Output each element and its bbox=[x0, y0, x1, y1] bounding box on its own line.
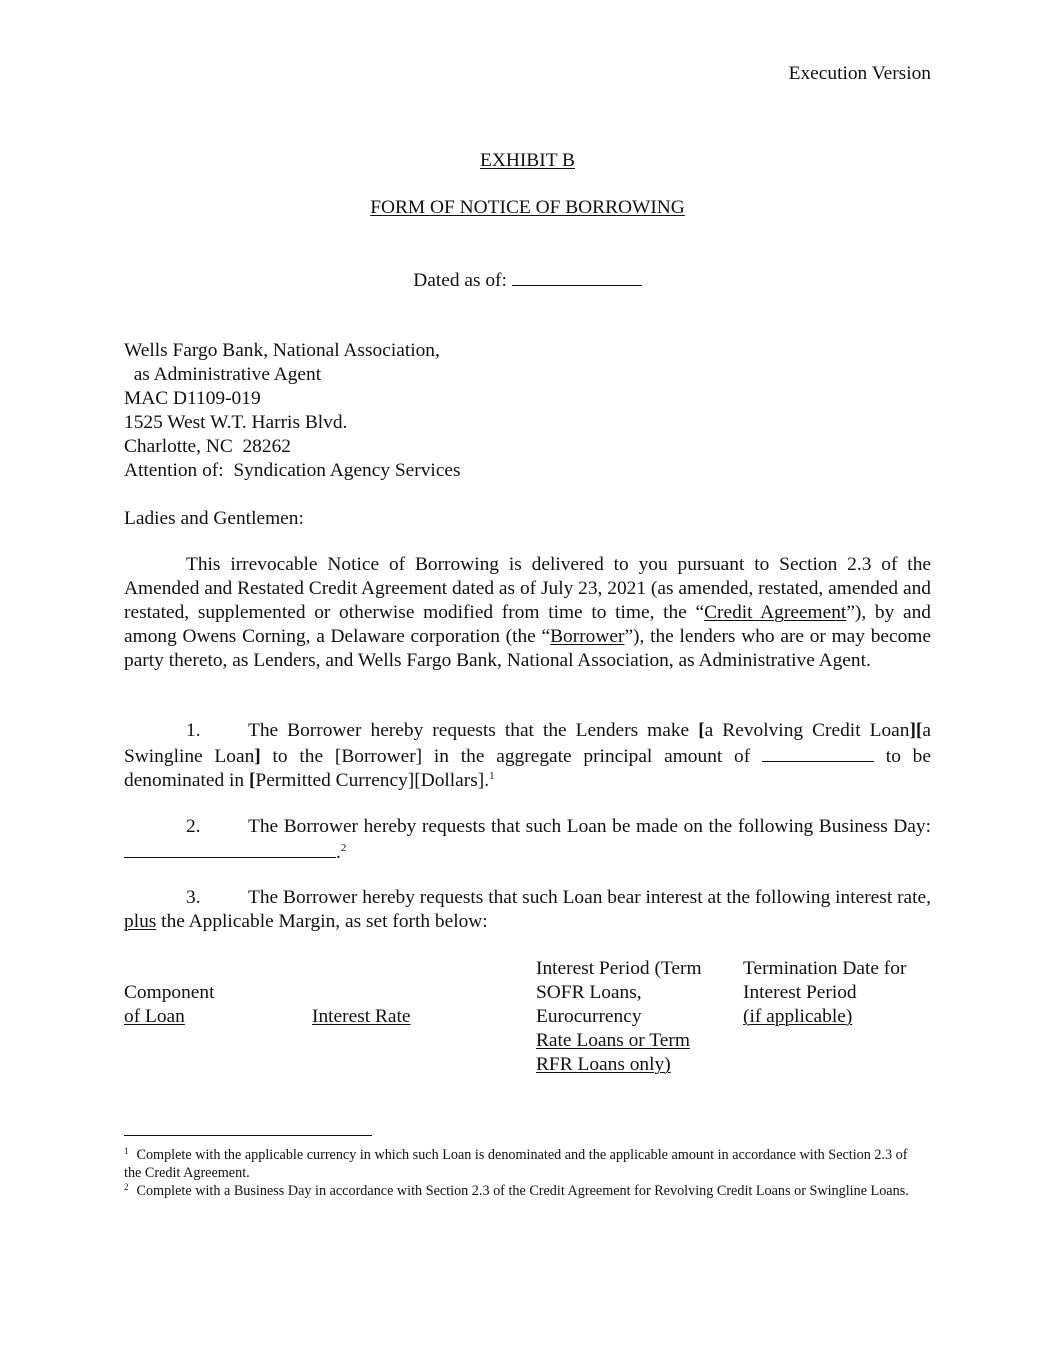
table-header-component-of-loan: Component of Loan bbox=[124, 957, 215, 1029]
defined-term-borrower: Borrower bbox=[550, 626, 624, 647]
header-line: Termination Date for bbox=[743, 957, 906, 981]
item-text: The Borrower hereby requests that the Le… bbox=[248, 720, 698, 741]
business-day-blank[interactable] bbox=[124, 839, 336, 858]
dated-as-of-label: Dated as of: bbox=[413, 270, 507, 291]
form-title-text: FORM OF NOTICE OF BORROWING bbox=[370, 197, 685, 218]
header-line: Component bbox=[124, 981, 215, 1005]
footnote-number: 2 bbox=[124, 1182, 129, 1192]
loan-option-revolving: a Revolving Credit Loan bbox=[705, 720, 910, 741]
address-line: MAC D1109-019 bbox=[124, 387, 461, 411]
footnote-1: 1Complete with the applicable currency i… bbox=[124, 1146, 914, 1182]
address-line: Charlotte, NC 28262 bbox=[124, 435, 461, 459]
table-header-interest-period: Interest Period (Term SOFR Loans, Eurocu… bbox=[536, 957, 702, 1077]
header-line bbox=[312, 981, 411, 1005]
footnote-text: Complete with the applicable currency in… bbox=[124, 1147, 908, 1181]
principal-amount-blank[interactable] bbox=[762, 743, 874, 762]
numbered-item-2: 2.The Borrower hereby requests that such… bbox=[124, 815, 931, 865]
footnote-text: Complete with a Business Day in accordan… bbox=[137, 1183, 909, 1199]
item-text: Permitted Currency][Dollars]. bbox=[255, 770, 489, 791]
version-label: Execution Version bbox=[789, 62, 931, 86]
exhibit-title-text: EXHIBIT B bbox=[480, 150, 575, 171]
header-line: Interest Rate bbox=[312, 1006, 411, 1027]
item-text: to the [Borrower] in the aggregate princ… bbox=[261, 746, 762, 767]
footnote-number: 1 bbox=[124, 1146, 129, 1156]
header-line: RFR Loans only) bbox=[536, 1054, 671, 1075]
address-line: Attention of: Syndication Agency Service… bbox=[124, 459, 461, 483]
header-line: of Loan bbox=[124, 1006, 185, 1027]
dated-as-of-line: Dated as of: bbox=[0, 267, 1055, 293]
address-line: as Administrative Agent bbox=[124, 363, 461, 387]
item-number: 1. bbox=[186, 719, 248, 743]
table-header-interest-rate: Interest Rate bbox=[312, 957, 411, 1029]
item-text: The Borrower hereby requests that such L… bbox=[248, 816, 931, 837]
footnote-separator bbox=[124, 1135, 372, 1136]
footnote-2: 2Complete with a Business Day in accorda… bbox=[124, 1182, 914, 1200]
address-line: 1525 West W.T. Harris Blvd. bbox=[124, 411, 461, 435]
header-line: SOFR Loans, bbox=[536, 981, 702, 1005]
form-title: FORM OF NOTICE OF BORROWING bbox=[0, 196, 1055, 220]
address-line: Wells Fargo Bank, National Association, bbox=[124, 339, 461, 363]
numbered-item-1: 1.The Borrower hereby requests that the … bbox=[124, 719, 931, 793]
item-number: 2. bbox=[186, 815, 248, 839]
footnote-ref-2[interactable]: 2 bbox=[341, 842, 347, 854]
item-text: The Borrower hereby requests that such L… bbox=[248, 887, 931, 908]
item-number: 3. bbox=[186, 886, 248, 910]
header-line bbox=[124, 957, 215, 981]
item-text: the Applicable Margin, as set forth belo… bbox=[156, 911, 487, 932]
header-line: Interest Period bbox=[743, 981, 906, 1005]
header-line: Interest Period (Term bbox=[536, 957, 702, 981]
intro-paragraph: This irrevocable Notice of Borrowing is … bbox=[124, 553, 931, 673]
header-line: Eurocurrency bbox=[536, 1005, 702, 1029]
table-header-termination-date: Termination Date for Interest Period (if… bbox=[743, 957, 906, 1029]
addressee-block: Wells Fargo Bank, National Association, … bbox=[124, 339, 461, 483]
defined-term-credit-agreement: Credit Agreement bbox=[704, 602, 846, 623]
header-line bbox=[312, 957, 411, 981]
numbered-item-3: 3.The Borrower hereby requests that such… bbox=[124, 886, 931, 934]
exhibit-title: EXHIBIT B bbox=[0, 149, 1055, 173]
header-line: Rate Loans or Term bbox=[536, 1030, 690, 1051]
footnote-ref-1[interactable]: 1 bbox=[489, 770, 495, 782]
emphasis-plus: plus bbox=[124, 911, 156, 932]
salutation: Ladies and Gentlemen: bbox=[124, 507, 304, 531]
header-line: (if applicable) bbox=[743, 1006, 852, 1027]
dated-as-of-blank[interactable] bbox=[512, 267, 642, 286]
